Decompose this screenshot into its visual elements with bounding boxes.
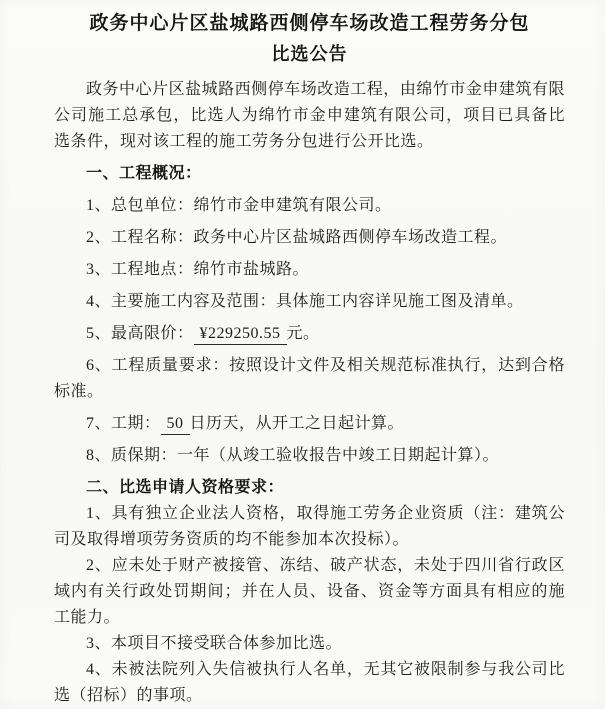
duration-suffix: 日历天，从开工之日起计算。 <box>190 415 405 432</box>
section1-item-scope: 4、主要施工内容及范围：具体施工内容详见施工图及清单。 <box>54 289 565 315</box>
scanned-document-page: 政务中心片区盐城路西侧停车场改造工程劳务分包 比选公告 政务中心片区盐城路西侧停… <box>0 0 605 709</box>
max-price-suffix: 元。 <box>287 325 320 342</box>
document-title-line2: 比选公告 <box>54 39 565 70</box>
intro-paragraph: 政务中心片区盐城路西侧停车场改造工程，由绵竹市金申建筑有限公司施工总承包，比选人… <box>54 77 565 155</box>
section1-item-duration: 7、工期：50日历天，从开工之日起计算。 <box>54 411 565 437</box>
duration-value: 50 <box>161 414 190 435</box>
section1-item-max-price: 5、最高限价：¥229250.55元。 <box>54 321 565 347</box>
section1-item-project-name: 2、工程名称：政务中心片区盐城路西侧停车场改造工程。 <box>54 225 565 251</box>
section1-item-project-location: 3、工程地点：绵竹市盐城路。 <box>54 257 565 283</box>
section-applicant-qualifications: 二、比选申请人资格要求： 1、具有独立企业法人资格，取得施工劳务企业资质（注：建… <box>54 475 565 709</box>
duration-label: 7、工期： <box>86 415 161 432</box>
section2-item-legal-entity: 1、具有独立企业法人资格，取得施工劳务企业资质（注：建筑公司及取得增项劳务资质的… <box>54 501 565 553</box>
document-title-line1: 政务中心片区盐城路西侧停车场改造工程劳务分包 <box>54 8 565 39</box>
section1-item-quality-requirement: 6、工程质量要求：按照设计文件及相关规范标准执行，达到合格标准。 <box>54 353 565 405</box>
max-price-value: ¥229250.55 <box>194 324 287 345</box>
section1-item-general-contractor: 1、总包单位：绵竹市金申建筑有限公司。 <box>54 193 565 219</box>
section2-item-financial-status: 2、应未处于财产被接管、冻结、破产状态，未处于四川省行政区域内有关行政处罚期间；… <box>54 553 565 631</box>
section2-heading: 二、比选申请人资格要求： <box>54 475 565 501</box>
section1-heading: 一、工程概况： <box>54 161 565 187</box>
section2-item-credit-record: 4、未被法院列入失信被执行人名单，无其它被限制参与我公司比选（招标）的事项。 <box>54 657 565 709</box>
section-project-overview: 一、工程概况： 1、总包单位：绵竹市金申建筑有限公司。 2、工程名称：政务中心片… <box>54 161 565 469</box>
max-price-label: 5、最高限价： <box>86 325 194 342</box>
section1-item-warranty: 8、质保期：一年（从竣工验收报告中竣工日期起计算）。 <box>54 443 565 469</box>
announcement-body: 政务中心片区盐城路西侧停车场改造工程劳务分包 比选公告 政务中心片区盐城路西侧停… <box>0 0 605 709</box>
section2-item-no-consortium: 3、本项目不接受联合体参加比选。 <box>54 631 565 657</box>
